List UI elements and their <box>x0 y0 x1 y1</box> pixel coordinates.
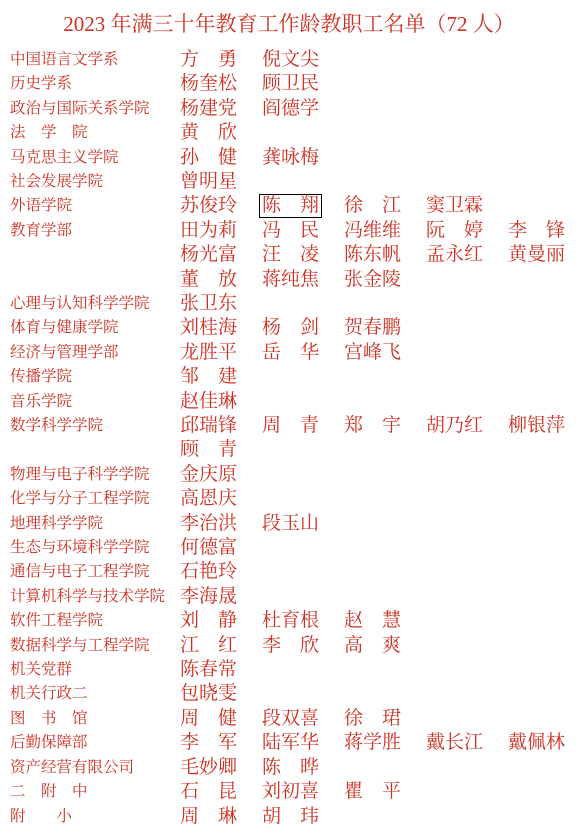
names-grid: 金庆原 <box>180 463 578 487</box>
names-grid: 黄 欣 <box>180 121 578 145</box>
department-name: 音乐学院 <box>10 390 180 414</box>
staff-name-text: 孟永红 <box>426 244 483 266</box>
list-row: 心理与认知科学学院张卫东 <box>0 292 578 316</box>
staff-name: 包晓雯 <box>180 682 262 706</box>
staff-name-text: 刘 静 <box>180 610 237 632</box>
names-grid: 杨奎松顾卫民 <box>180 72 578 96</box>
department-name: 社会发展学院 <box>10 170 180 194</box>
staff-name-text: 顾 青 <box>180 439 237 461</box>
list-row: 附 小周 琳胡 玮 <box>0 805 578 829</box>
staff-name: 刘初喜 <box>262 780 344 804</box>
department-name: 地理科学学院 <box>10 512 180 536</box>
staff-name-text: 孙 健 <box>180 147 237 169</box>
staff-name: 陆军华 <box>262 731 344 755</box>
staff-name-text: 李 军 <box>180 732 237 754</box>
staff-name-text: 戴佩林 <box>508 732 565 754</box>
staff-name-text: 石 昆 <box>180 781 237 803</box>
document-title: 2023 年满三十年教育工作龄教职工名单（72 人） <box>0 0 578 37</box>
staff-name: 柳银萍 <box>508 414 578 438</box>
list-row: 地理科学学院李治洪段玉山 <box>0 512 578 536</box>
staff-name: 戴佩林 <box>508 731 578 755</box>
staff-name-text: 杨 剑 <box>262 317 319 339</box>
staff-name: 周 青 <box>262 414 344 438</box>
staff-name-text: 蒋纯焦 <box>262 269 319 291</box>
names-grid: 张卫东 <box>180 292 578 316</box>
staff-name-text: 高 爽 <box>344 635 401 657</box>
list-row: 机关行政二包晓雯 <box>0 682 578 706</box>
staff-name-text: 李海晟 <box>180 586 237 608</box>
staff-name: 顾卫民 <box>262 72 344 96</box>
department-name: 数学科学学院 <box>10 414 180 438</box>
list-row: 音乐学院赵佳琳 <box>0 390 578 414</box>
names-grid: 孙 健龚咏梅 <box>180 146 578 170</box>
list-row: 外语学院苏俊玲陈 翔徐 江窦卫霖 <box>0 194 578 218</box>
list-row: 机关党群陈春常 <box>0 658 578 682</box>
staff-name-text: 李 锋 <box>508 220 565 242</box>
staff-name-highlighted: 陈 翔 <box>262 194 344 218</box>
staff-name-text: 刘桂海 <box>180 317 237 339</box>
list-row: 资产经营有限公司毛妙卿陈 晔 <box>0 756 578 780</box>
staff-name: 刘桂海 <box>180 316 262 340</box>
list-row: 数学科学学院邱瑞锋周 青郑 宇胡乃红柳银萍顾 青 <box>0 414 578 463</box>
staff-name: 方 勇 <box>180 48 262 72</box>
staff-name-text: 石艳玲 <box>180 561 237 583</box>
staff-name: 郑 宇 <box>344 414 426 438</box>
names-grid: 曾明星 <box>180 170 578 194</box>
department-name: 外语学院 <box>10 194 180 218</box>
names-grid: 包晓雯 <box>180 682 578 706</box>
staff-name-text: 曾明星 <box>180 171 237 193</box>
list-row: 化学与分子工程学院高恩庆 <box>0 487 578 511</box>
staff-name-text: 戴长江 <box>426 732 483 754</box>
staff-name: 李治洪 <box>180 512 262 536</box>
staff-name: 冯 民 <box>262 219 344 243</box>
staff-name-text: 顾卫民 <box>262 73 319 95</box>
staff-name: 徐 珺 <box>344 707 426 731</box>
staff-name: 岳 华 <box>262 341 344 365</box>
staff-name: 石 昆 <box>180 780 262 804</box>
staff-name: 陈 晔 <box>262 756 344 780</box>
names-grid: 石艳玲 <box>180 560 578 584</box>
staff-name-text: 阎德学 <box>262 98 319 120</box>
staff-name: 刘 静 <box>180 609 262 633</box>
staff-name: 高恩庆 <box>180 487 262 511</box>
staff-name: 胡 玮 <box>262 805 344 829</box>
department-name: 数据科学与工程学院 <box>10 634 180 658</box>
staff-name-text: 陈 晔 <box>262 757 319 779</box>
staff-name: 毛妙卿 <box>180 756 262 780</box>
staff-name-text: 周 健 <box>180 708 237 730</box>
staff-name: 杨光富 <box>180 243 262 267</box>
staff-name: 李 欣 <box>262 634 344 658</box>
staff-name: 张金陵 <box>344 268 426 292</box>
staff-name: 李 军 <box>180 731 262 755</box>
staff-name-text: 周 青 <box>262 415 319 437</box>
staff-name-text: 李治洪 <box>180 513 237 535</box>
staff-name: 孙 健 <box>180 146 262 170</box>
department-name: 经济与管理学部 <box>10 341 180 365</box>
names-grid: 何德富 <box>180 536 578 560</box>
list-row: 政治与国际关系学院杨建党阎德学 <box>0 97 578 121</box>
staff-name: 蒋纯焦 <box>262 268 344 292</box>
list-row: 物理与电子科学学院金庆原 <box>0 463 578 487</box>
list-row: 计算机科学与技术学院李海晟 <box>0 585 578 609</box>
staff-name-text: 黄 欣 <box>180 122 237 144</box>
staff-name: 陈春常 <box>180 658 262 682</box>
staff-name: 顾 青 <box>180 438 262 462</box>
staff-name-text: 杜育根 <box>262 610 319 632</box>
staff-name: 赵 慧 <box>344 609 426 633</box>
staff-name: 龚咏梅 <box>262 146 344 170</box>
staff-name: 曾明星 <box>180 170 262 194</box>
department-name: 心理与认知科学学院 <box>10 292 180 316</box>
staff-name-text: 徐 珺 <box>344 708 401 730</box>
staff-name-text: 杨奎松 <box>180 73 237 95</box>
staff-name: 赵佳琳 <box>180 390 262 414</box>
staff-name-text: 毛妙卿 <box>180 757 237 779</box>
department-name: 附 小 <box>10 805 180 829</box>
department-name: 后勤保障部 <box>10 731 180 755</box>
staff-name-text: 方 勇 <box>180 49 237 71</box>
department-name: 传播学院 <box>10 365 180 389</box>
list-row: 历史学系杨奎松顾卫民 <box>0 72 578 96</box>
list-row: 图 书 馆周 健段双喜徐 珺 <box>0 707 578 731</box>
department-name: 机关行政二 <box>10 682 180 706</box>
list-row: 后勤保障部李 军陆军华蒋学胜戴长江戴佩林 <box>0 731 578 755</box>
staff-name-text: 杨光富 <box>180 244 237 266</box>
names-grid: 杨建党阎德学 <box>180 97 578 121</box>
list-row: 经济与管理学部龙胜平岳 华宫峰飞 <box>0 341 578 365</box>
department-name: 软件工程学院 <box>10 609 180 633</box>
names-grid: 周 健段双喜徐 珺 <box>180 707 578 731</box>
staff-name-text: 胡乃红 <box>426 415 483 437</box>
staff-name-text: 何德富 <box>180 537 237 559</box>
department-name: 资产经营有限公司 <box>10 756 180 780</box>
department-name: 法 学 院 <box>10 121 180 145</box>
staff-name: 冯维维 <box>344 219 426 243</box>
names-grid: 毛妙卿陈 晔 <box>180 756 578 780</box>
staff-name: 邹 建 <box>180 365 262 389</box>
staff-name-text: 胡 玮 <box>262 806 319 828</box>
staff-name: 周 琳 <box>180 805 262 829</box>
names-grid: 苏俊玲陈 翔徐 江窦卫霖 <box>180 194 578 218</box>
staff-name: 周 健 <box>180 707 262 731</box>
staff-name-text: 徐 江 <box>344 195 401 217</box>
department-name: 物理与电子科学学院 <box>10 463 180 487</box>
staff-name-text: 高恩庆 <box>180 488 237 510</box>
list-row: 通信与电子工程学院石艳玲 <box>0 560 578 584</box>
staff-name-text: 陈春常 <box>180 659 237 681</box>
staff-name-text: 江 红 <box>180 635 237 657</box>
staff-name-text: 段双喜 <box>262 708 319 730</box>
staff-name-text: 张金陵 <box>344 269 401 291</box>
staff-name: 徐 江 <box>344 194 426 218</box>
list-row: 传播学院邹 建 <box>0 365 578 389</box>
staff-name: 贺春鹏 <box>344 316 426 340</box>
staff-name: 阮 婷 <box>426 219 508 243</box>
staff-name-text: 田为莉 <box>180 220 237 242</box>
staff-name: 邱瑞锋 <box>180 414 262 438</box>
department-name: 历史学系 <box>10 72 180 96</box>
staff-name: 阎德学 <box>262 97 344 121</box>
staff-name: 段玉山 <box>262 512 344 536</box>
staff-name: 苏俊玲 <box>180 194 262 218</box>
staff-name-text: 岳 华 <box>262 342 319 364</box>
names-grid: 李治洪段玉山 <box>180 512 578 536</box>
staff-name-text: 蒋学胜 <box>344 732 401 754</box>
names-grid: 方 勇倪文尖 <box>180 48 578 72</box>
staff-name-text: 陈东帆 <box>344 244 401 266</box>
staff-name: 胡乃红 <box>426 414 508 438</box>
staff-name-text: 苏俊玲 <box>180 195 237 217</box>
highlight-box[interactable]: 陈 翔 <box>259 194 322 218</box>
document-page: 2023 年满三十年教育工作龄教职工名单（72 人） 中国语言文学系方 勇倪文尖… <box>0 0 578 834</box>
staff-name-text: 周 琳 <box>180 806 237 828</box>
staff-name-text: 邱瑞锋 <box>180 415 237 437</box>
staff-name: 董 放 <box>180 268 262 292</box>
staff-name-text: 段玉山 <box>262 513 319 535</box>
staff-name: 陈东帆 <box>344 243 426 267</box>
staff-name-text: 陆军华 <box>262 732 319 754</box>
list-row: 马克思主义学院孙 健龚咏梅 <box>0 146 578 170</box>
list-row: 社会发展学院曾明星 <box>0 170 578 194</box>
staff-name-text: 冯维维 <box>344 220 401 242</box>
staff-name: 黄 欣 <box>180 121 262 145</box>
staff-name-text: 窦卫霖 <box>426 195 483 217</box>
staff-name-text: 刘初喜 <box>262 781 319 803</box>
department-name: 图 书 馆 <box>10 707 180 731</box>
department-name: 马克思主义学院 <box>10 146 180 170</box>
staff-name-text: 冯 民 <box>262 220 319 242</box>
staff-name: 孟永红 <box>426 243 508 267</box>
department-name: 中国语言文学系 <box>10 48 180 72</box>
staff-name: 杜育根 <box>262 609 344 633</box>
names-grid: 石 昆刘初喜瞿 平 <box>180 780 578 804</box>
staff-name: 黄曼丽 <box>508 243 578 267</box>
staff-name-text: 李 欣 <box>262 635 319 657</box>
staff-name-text: 黄曼丽 <box>508 244 565 266</box>
staff-name-text: 倪文尖 <box>262 49 319 71</box>
list-row: 软件工程学院刘 静杜育根赵 慧 <box>0 609 578 633</box>
staff-name-text: 赵佳琳 <box>180 391 237 413</box>
list-row: 法 学 院黄 欣 <box>0 121 578 145</box>
staff-name-text: 张卫东 <box>180 293 237 315</box>
staff-name-text: 董 放 <box>180 269 237 291</box>
department-name: 通信与电子工程学院 <box>10 560 180 584</box>
names-grid: 陈春常 <box>180 658 578 682</box>
staff-name: 高 爽 <box>344 634 426 658</box>
staff-list: 中国语言文学系方 勇倪文尖历史学系杨奎松顾卫民政治与国际关系学院杨建党阎德学法 … <box>0 48 578 829</box>
staff-name: 杨建党 <box>180 97 262 121</box>
department-name: 教育学部 <box>10 219 180 243</box>
staff-name-text: 包晓雯 <box>180 683 237 705</box>
list-row: 数据科学与工程学院江 红李 欣高 爽 <box>0 634 578 658</box>
staff-name-text: 贺春鹏 <box>344 317 401 339</box>
names-grid: 周 琳胡 玮 <box>180 805 578 829</box>
department-name: 机关党群 <box>10 658 180 682</box>
staff-name: 窦卫霖 <box>426 194 508 218</box>
names-grid: 刘桂海杨 剑贺春鹏 <box>180 316 578 340</box>
names-grid: 李 军陆军华蒋学胜戴长江戴佩林 <box>180 731 578 755</box>
staff-name: 田为莉 <box>180 219 262 243</box>
staff-name-text: 瞿 平 <box>344 781 401 803</box>
staff-name: 汪 凌 <box>262 243 344 267</box>
names-grid: 李海晟 <box>180 585 578 609</box>
staff-name: 倪文尖 <box>262 48 344 72</box>
staff-name: 瞿 平 <box>344 780 426 804</box>
staff-name-text: 柳银萍 <box>508 415 565 437</box>
staff-name-text: 金庆原 <box>180 464 237 486</box>
list-row: 体育与健康学院刘桂海杨 剑贺春鹏 <box>0 316 578 340</box>
department-name: 化学与分子工程学院 <box>10 487 180 511</box>
staff-name: 杨奎松 <box>180 72 262 96</box>
staff-name: 石艳玲 <box>180 560 262 584</box>
department-name: 二 附 中 <box>10 780 180 804</box>
list-row: 二 附 中石 昆刘初喜瞿 平 <box>0 780 578 804</box>
list-row: 生态与环境科学学院何德富 <box>0 536 578 560</box>
staff-name: 戴长江 <box>426 731 508 755</box>
staff-name-text: 邹 建 <box>180 366 237 388</box>
staff-name-text: 赵 慧 <box>344 610 401 632</box>
staff-name-text: 郑 宇 <box>344 415 401 437</box>
staff-name: 李 锋 <box>508 219 578 243</box>
staff-name-text: 汪 凌 <box>262 244 319 266</box>
staff-name: 龙胜平 <box>180 341 262 365</box>
staff-name: 杨 剑 <box>262 316 344 340</box>
staff-name-text: 阮 婷 <box>426 220 483 242</box>
staff-name: 金庆原 <box>180 463 262 487</box>
names-grid: 高恩庆 <box>180 487 578 511</box>
staff-name: 蒋学胜 <box>344 731 426 755</box>
list-row: 中国语言文学系方 勇倪文尖 <box>0 48 578 72</box>
staff-name: 段双喜 <box>262 707 344 731</box>
names-grid: 江 红李 欣高 爽 <box>180 634 578 658</box>
names-grid: 邹 建 <box>180 365 578 389</box>
names-grid: 田为莉冯 民冯维维阮 婷李 锋杨光富汪 凌陈东帆孟永红黄曼丽董 放蒋纯焦张金陵 <box>180 219 578 292</box>
staff-name-text: 宫峰飞 <box>344 342 401 364</box>
names-grid: 邱瑞锋周 青郑 宇胡乃红柳银萍顾 青 <box>180 414 578 463</box>
staff-name: 李海晟 <box>180 585 262 609</box>
staff-name: 张卫东 <box>180 292 262 316</box>
department-name: 政治与国际关系学院 <box>10 97 180 121</box>
staff-name-text: 杨建党 <box>180 98 237 120</box>
names-grid: 赵佳琳 <box>180 390 578 414</box>
names-grid: 刘 静杜育根赵 慧 <box>180 609 578 633</box>
staff-name-text: 龚咏梅 <box>262 147 319 169</box>
staff-name-text: 龙胜平 <box>180 342 237 364</box>
staff-name: 江 红 <box>180 634 262 658</box>
staff-name: 宫峰飞 <box>344 341 426 365</box>
list-row: 教育学部田为莉冯 民冯维维阮 婷李 锋杨光富汪 凌陈东帆孟永红黄曼丽董 放蒋纯焦… <box>0 219 578 292</box>
department-name: 生态与环境科学学院 <box>10 536 180 560</box>
department-name: 计算机科学与技术学院 <box>10 585 180 609</box>
department-name: 体育与健康学院 <box>10 316 180 340</box>
names-grid: 龙胜平岳 华宫峰飞 <box>180 341 578 365</box>
staff-name: 何德富 <box>180 536 262 560</box>
